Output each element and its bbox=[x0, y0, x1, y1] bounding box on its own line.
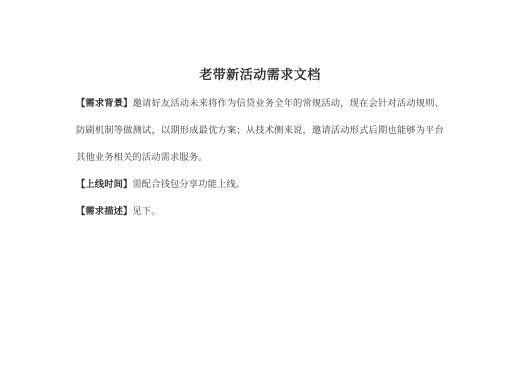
document-content: 老带新活动需求文档 【需求背景】邀请好友活动未来将作为信贷业务全年的常规活动，现… bbox=[0, 0, 520, 225]
paragraph-requirement-background: 【需求背景】邀请好友活动未来将作为信贷业务全年的常规活动，现在会针对活动规则、防… bbox=[76, 90, 444, 171]
launch-time-label: 【上线时间】 bbox=[76, 179, 132, 189]
paragraph-launch-time: 【上线时间】需配合钱包分享功能上线。 bbox=[76, 171, 444, 198]
requirement-description-text: 见下。 bbox=[132, 206, 160, 216]
document-page: 老带新活动需求文档 【需求背景】邀请好友活动未来将作为信贷业务全年的常规活动，现… bbox=[0, 0, 520, 390]
requirement-background-label: 【需求背景】 bbox=[76, 98, 133, 108]
requirement-description-label: 【需求描述】 bbox=[76, 206, 132, 216]
document-title: 老带新活动需求文档 bbox=[76, 61, 444, 88]
paragraph-requirement-description: 【需求描述】见下。 bbox=[76, 198, 444, 225]
launch-time-text: 需配合钱包分享功能上线。 bbox=[132, 179, 245, 189]
